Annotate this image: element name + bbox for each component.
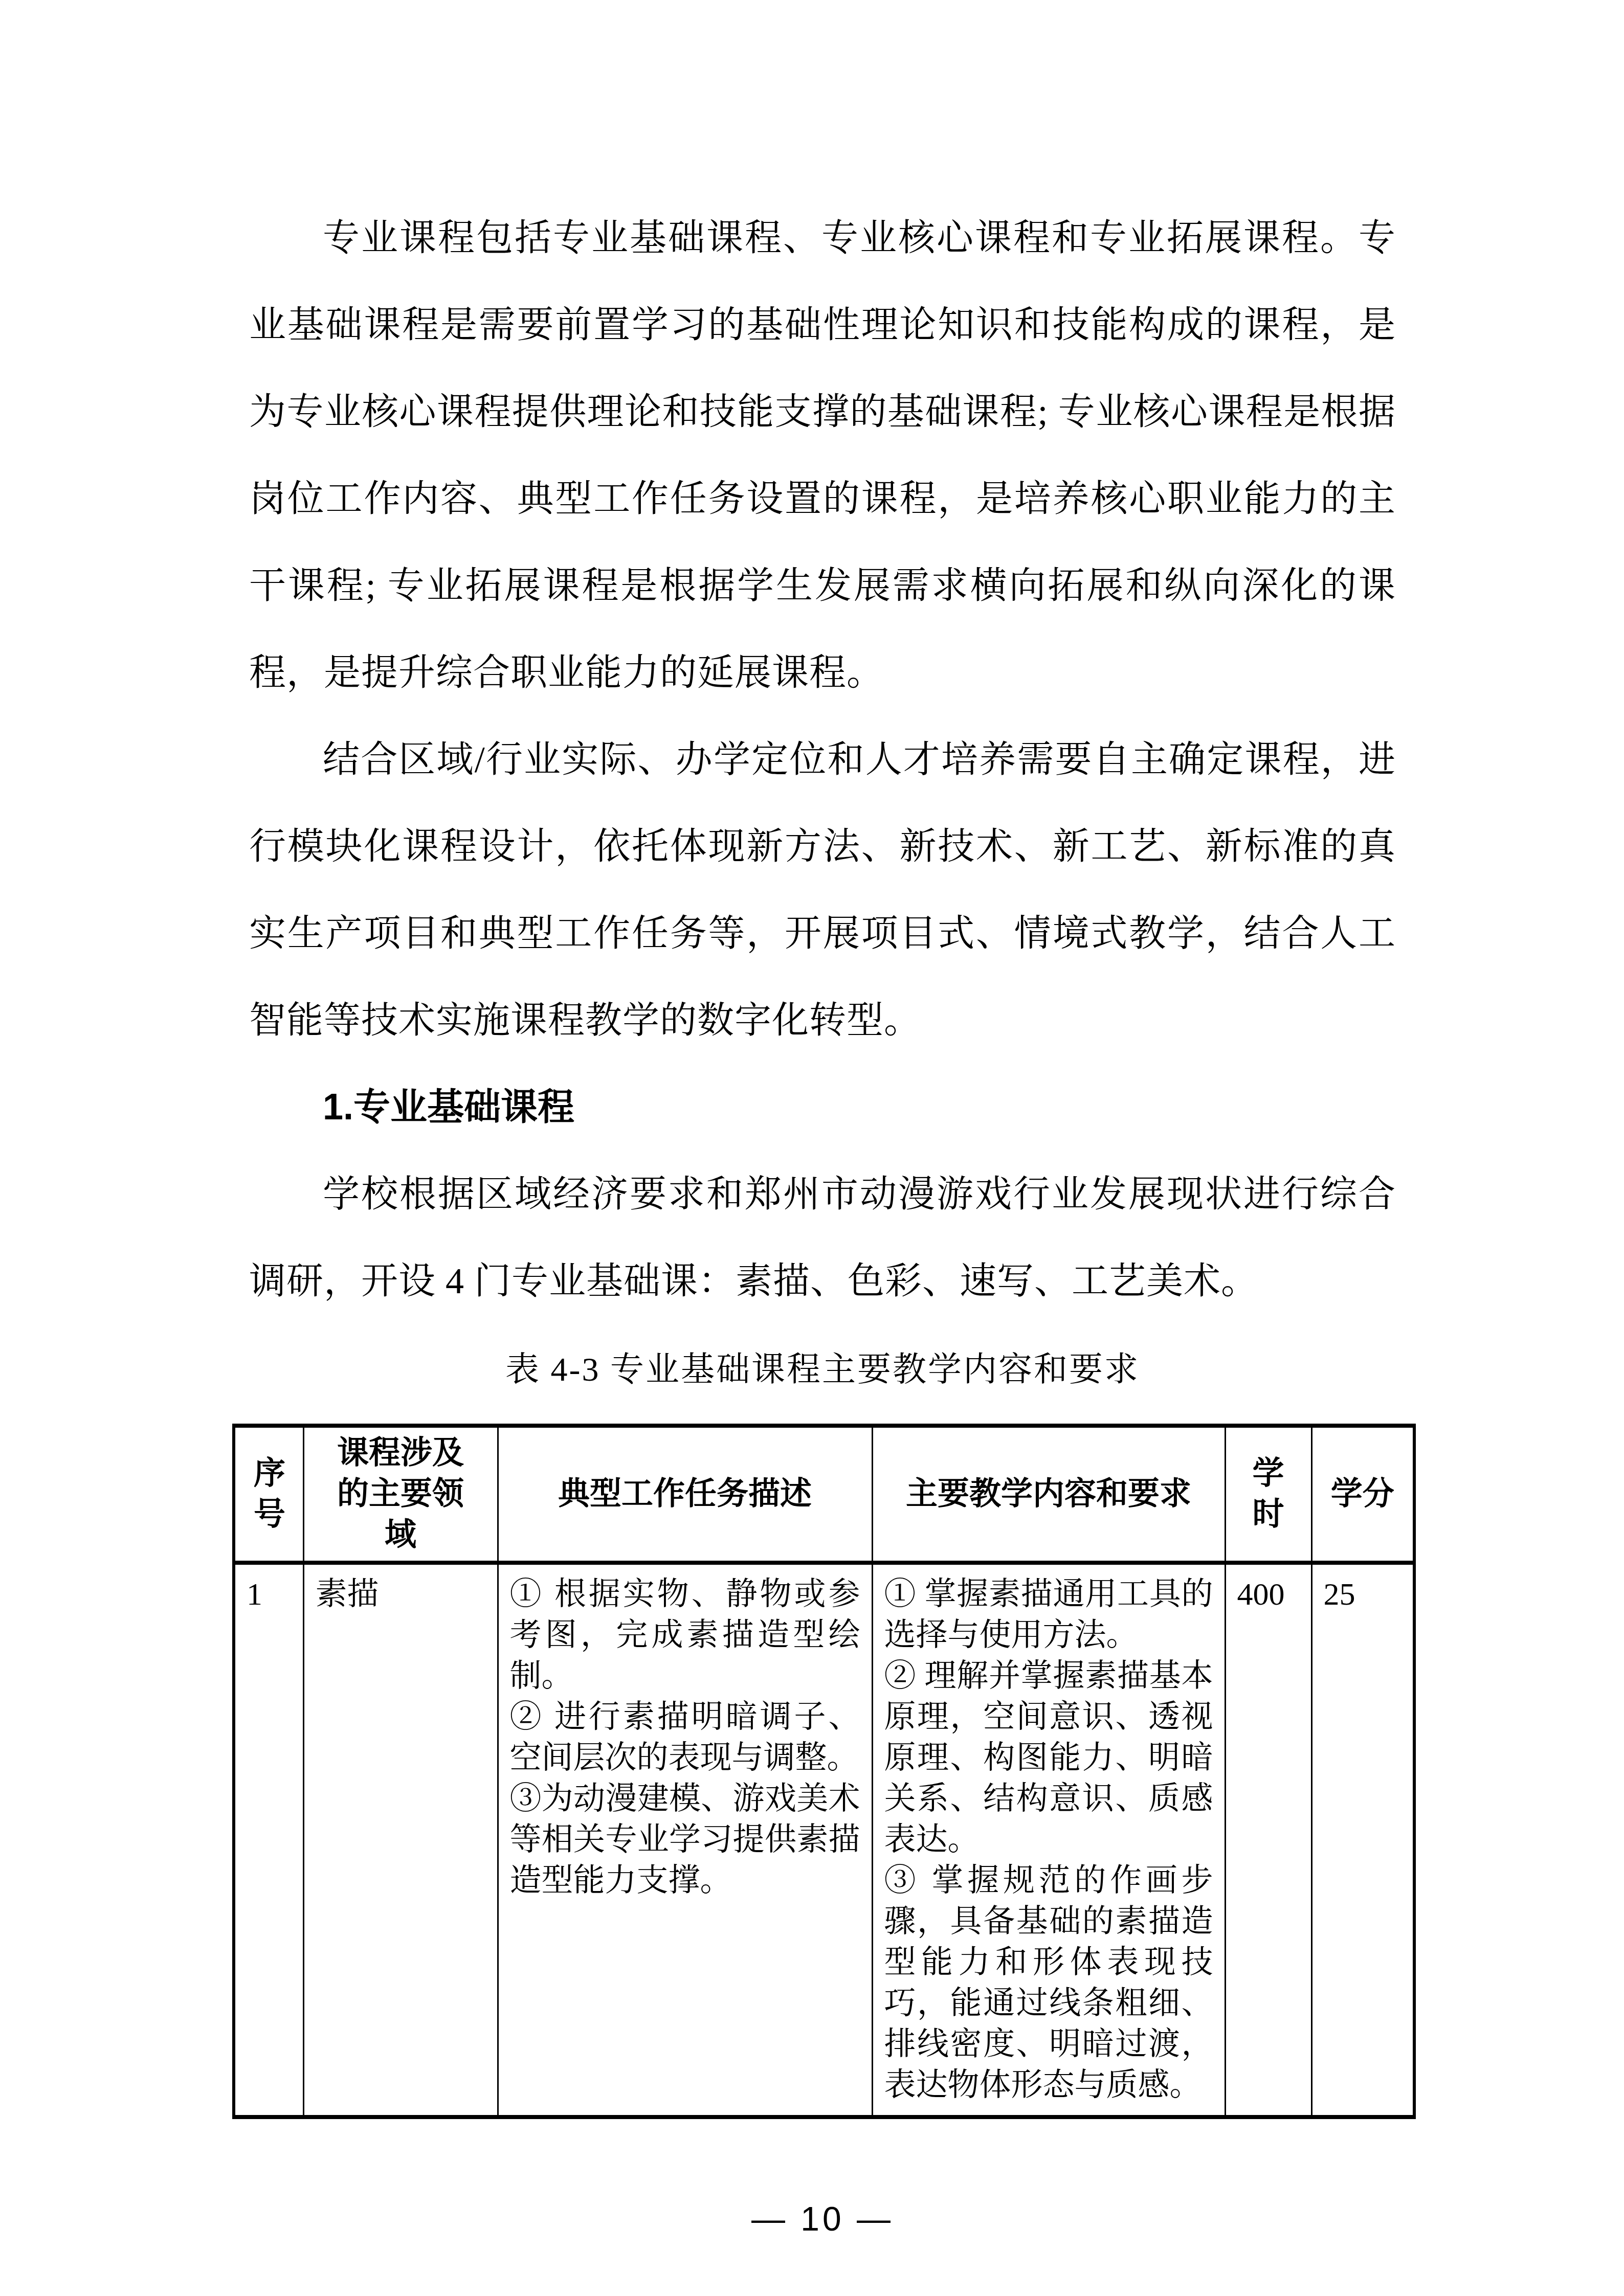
cell-hours: 400: [1225, 1563, 1311, 2117]
course-table: 序号 课程涉及的主要领域 典型工作任务描述 主要教学内容和要求 学时 学分 1 …: [232, 1424, 1416, 2119]
body-paragraph-3: 学校根据区域经济要求和郑州市动漫游戏行业发展现状进行综合调研，开设 4 门专业基…: [249, 1151, 1396, 1324]
course-table-header: 序号 课程涉及的主要领域 典型工作任务描述 主要教学内容和要求 学时 学分: [234, 1426, 1414, 1563]
cell-credits: 25: [1311, 1563, 1414, 2117]
cell-domain: 素描: [303, 1563, 498, 2117]
page-number: — 10 —: [249, 2196, 1396, 2242]
cell-content: ① 掌握素描通用工具的选择与使用方法。 ② 理解并掌握素描基本原理，空间意识、透…: [872, 1563, 1225, 2117]
cell-index: 1: [234, 1563, 303, 2117]
table-caption: 表 4-3 专业基础课程主要教学内容和要求: [249, 1332, 1396, 1408]
body-paragraph-1: 专业课程包括专业基础课程、专业核心课程和专业拓展课程。专业基础课程是需要前置学习…: [249, 194, 1396, 716]
column-header-content: 主要教学内容和要求: [872, 1426, 1225, 1563]
document-page: 专业课程包括专业基础课程、专业核心课程和专业拓展课程。专业基础课程是需要前置学习…: [0, 0, 1624, 2296]
column-header-domain: 课程涉及的主要领域: [303, 1426, 498, 1563]
column-header-index: 序号: [234, 1426, 303, 1563]
column-header-credits: 学分: [1311, 1426, 1414, 1563]
column-header-hours: 学时: [1225, 1426, 1311, 1563]
cell-tasks: ① 根据实物、静物或参考图，完成素描造型绘制。 ② 进行素描明暗调子、空间层次的…: [498, 1563, 872, 2117]
body-paragraph-2: 结合区域/行业实际、办学定位和人才培养需要自主确定课程，进行模块化课程设计，依托…: [249, 716, 1396, 1064]
column-header-tasks: 典型工作任务描述: [498, 1426, 872, 1563]
table-row: 1 素描 ① 根据实物、静物或参考图，完成素描造型绘制。 ② 进行素描明暗调子、…: [234, 1563, 1414, 2117]
header-row: 序号 课程涉及的主要领域 典型工作任务描述 主要教学内容和要求 学时 学分: [234, 1426, 1414, 1563]
section-heading: 1.专业基础课程: [249, 1064, 1396, 1151]
